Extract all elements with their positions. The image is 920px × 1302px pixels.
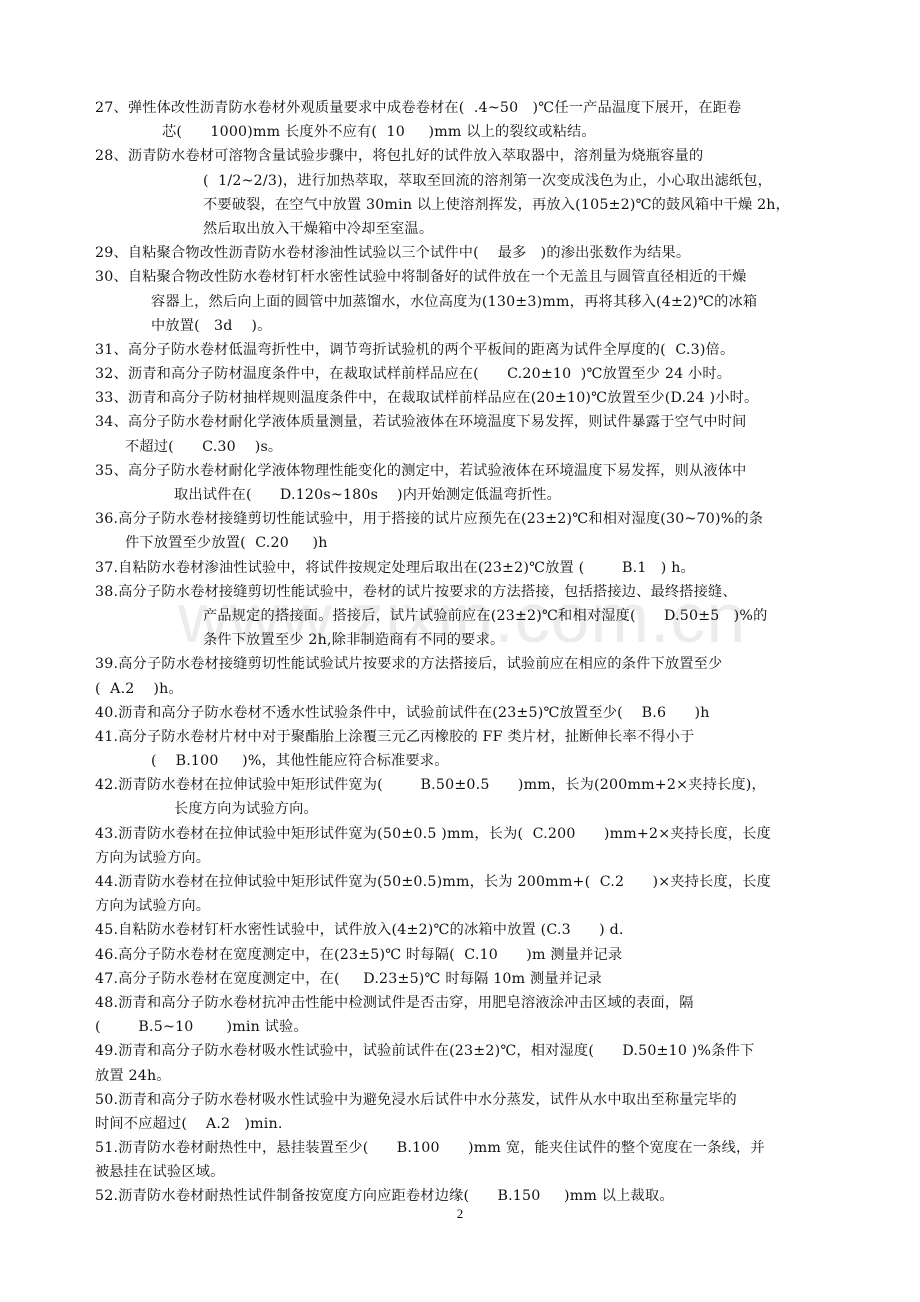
question-34-line-2: 不超过( C.30 )s。 [95,435,835,459]
page-number: 2 [0,1206,920,1222]
question-44-line-2: 方向为试验方向。 [95,894,835,918]
question-41-line-2: ( B.100 )%，其他性能应符合标准要求。 [95,749,835,773]
question-43-line-2: 方向为试验方向。 [95,846,835,870]
question-51-line-2: 被悬挂在试验区域。 [95,1160,835,1184]
question-47: 47.高分子防水卷材在宽度测定中，在( D.23±5)℃ 时每隔 10m 测量并… [95,967,835,991]
question-27-line-1: 27、弹性体改性沥青防水卷材外观质量要求中成卷卷材在( .4~50 )℃任一产品… [95,96,835,120]
question-38-line-2: 产品规定的搭接面。搭接后，试片试验前应在(23±2)℃和相对湿度( D.50±5… [95,604,835,628]
question-40: 40.沥青和高分子防水卷材不透水性试验条件中，试验前试件在(23±5)℃放置至少… [95,701,835,725]
question-34-line-1: 34、高分子防水卷材耐化学液体质量测量，若试验液体在环境温度下易发挥，则试件暴露… [95,410,835,434]
question-49-line-2: 放置 24h。 [95,1064,835,1088]
question-28-line-4: 然后取出放入干燥箱中冷却至室温。 [95,217,835,241]
question-31: 31、高分子防水卷材低温弯折性中，调节弯折试验机的两个平板间的距离为试件全厚度的… [95,338,835,362]
question-48-line-1: 48.沥青和高分子防水卷材抗冲击性能中检测试件是否击穿，用肥皂溶液涂冲击区域的表… [95,991,835,1015]
question-51-line-1: 51.沥青防水卷材耐热性中，悬挂装置至少( B.100 )mm 宽，能夹住试件的… [95,1136,835,1160]
question-52: 52.沥青防水卷材耐热性试件制备按宽度方向应距卷材边缘( B.150 )mm 以… [95,1184,835,1208]
question-36-line-1: 36.高分子防水卷材接缝剪切性能试验中，用于搭接的试片应预先在(23±2)℃和相… [95,507,835,531]
question-39-line-2: ( A.2 )h。 [95,677,835,701]
question-45: 45.自粘防水卷材钉杆水密性试验中，试件放入(4±2)℃的冰箱中放置 (C.3 … [95,918,835,942]
question-35-line-1: 35、高分子防水卷材耐化学液体物理性能变化的测定中，若试验液体在环境温度下易发挥… [95,459,835,483]
question-29: 29、自粘聚合物改性沥青防水卷材渗油性试验以三个试件中( 最多 )的渗出张数作为… [95,241,835,265]
question-28-line-2: ( 1/2~2/3)，进行加热萃取，萃取至回流的溶剂第一次变成浅色为止，小心取出… [95,169,835,193]
question-30-line-3: 中放置( 3d )。 [95,314,835,338]
question-49-line-1: 49.沥青和高分子防水卷材吸水性试验中，试验前试件在(23±2)℃，相对湿度( … [95,1039,835,1063]
question-46: 46.高分子防水卷材在宽度测定中，在(23±5)℃ 时每隔( C.10 )m 测… [95,943,835,967]
question-42-line-2: 长度方向为试验方向。 [95,797,835,821]
question-37: 37.自粘防水卷材渗油性试验中，将试件按规定处理后取出在(23±2)℃放置 ( … [95,556,835,580]
question-35-line-2: 取出试件在( D.120s~180s )内开始测定低温弯折性。 [95,483,835,507]
question-38-line-1: 38.高分子防水卷材接缝剪切性能试验中，卷材的试片按要求的方法搭接，包括搭接边、… [95,580,835,604]
question-28-line-3: 不要破裂，在空气中放置 30min 以上使溶剂挥发，再放入(105±2)℃的鼓风… [95,193,835,217]
question-33: 33、沥青和高分子防材抽样规则温度条件中，在裁取试样前样品应在(20±10)℃放… [95,386,835,410]
question-28-line-1: 28、沥青防水卷材可溶物含量试验步骤中，将包扎好的试件放入萃取器中，溶剂量为烧瓶… [95,144,835,168]
question-50-line-2: 时间不应超过( A.2 )min. [95,1112,835,1136]
question-30-line-1: 30、自粘聚合物改性防水卷材钉杆水密性试验中将制备好的试件放在一个无盖且与圆管直… [95,265,835,289]
question-36-line-2: 件下放置至少放置( C.20 )h [95,531,835,555]
question-42-line-1: 42.沥青防水卷材在拉伸试验中矩形试件宽为( B.50±0.5 )mm，长为(2… [95,773,835,797]
question-48-line-2: ( B.5~10 )min 试验。 [95,1015,835,1039]
document-page: www.zixin.com.cn 27、弹性体改性沥青防水卷材外观质量要求中成卷… [0,0,920,1302]
question-41-line-1: 41.高分子防水卷材片材中对于聚酯胎上涂覆三元乙丙橡胶的 FF 类片材，扯断伸长… [95,725,835,749]
question-43-line-1: 43.沥青防水卷材在拉伸试验中矩形试件宽为(50±0.5 )mm，长为( C.2… [95,822,835,846]
question-38-line-3: 条件下放置至少 2h,除非制造商有不同的要求。 [95,628,835,652]
question-50-line-1: 50.沥青和高分子防水卷材吸水性试验中为避免浸水后试件中水分蒸发，试件从水中取出… [95,1088,835,1112]
question-44-line-1: 44.沥青防水卷材在拉伸试验中矩形试件宽为(50±0.5)mm，长为 200mm… [95,870,835,894]
question-32: 32、沥青和高分子防材温度条件中，在裁取试样前样品应在( C.20±10 )℃放… [95,362,835,386]
question-27-line-2: 芯( 1000)mm 长度外不应有( 10 )mm 以上的裂纹或粘结。 [95,120,835,144]
question-list: 27、弹性体改性沥青防水卷材外观质量要求中成卷卷材在( .4~50 )℃任一产品… [95,96,835,1209]
question-30-line-2: 容器上，然后向上面的圆管中加蒸馏水，水位高度为(130±3)mm，再将其移入(4… [95,290,835,314]
question-39-line-1: 39.高分子防水卷材接缝剪切性能试验试片按要求的方法搭接后，试验前应在相应的条件… [95,652,835,676]
